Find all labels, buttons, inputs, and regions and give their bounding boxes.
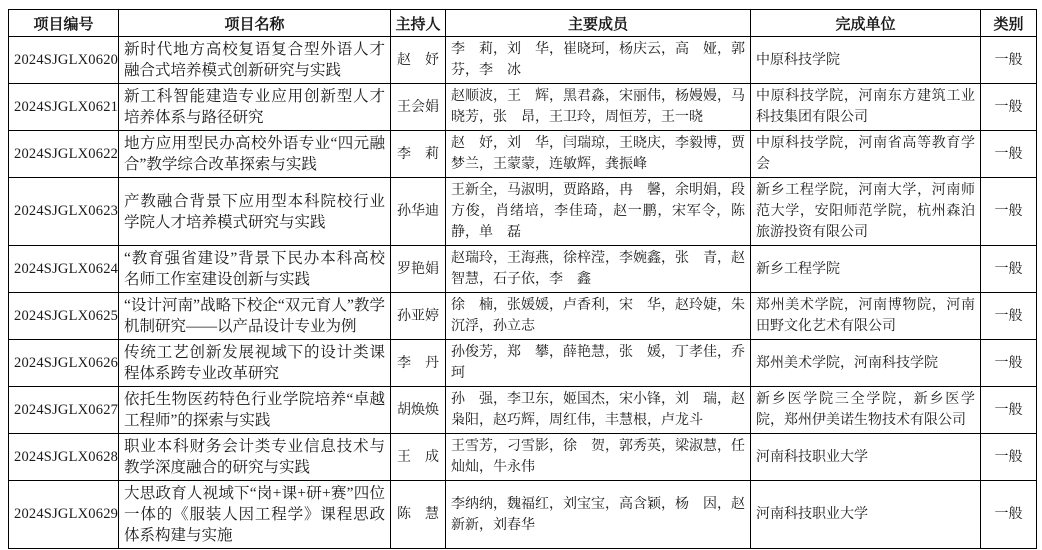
project-name-cell: “教育强省建设”背景下民办本科高校名师工作室建设创新与实践 [119,246,391,293]
leader-cell: 王会娟 [391,84,446,131]
project-id-cell: 2024SJGLX0628 [9,434,119,481]
table-body: 2024SJGLX0620 新时代地方高校复语复合型外语人才融合式培养模式创新研… [9,37,1037,549]
members-cell: 王雪芳，刁雪影，徐 贺，郭秀英，梁淑慧，任灿灿，牛永伟 [446,434,751,481]
leader-cell: 李 丹 [391,340,446,387]
header-members: 主要成员 [446,10,751,37]
members-cell: 赵瑞玲，王海燕，徐梓滢，李婉鑫，张 青，赵智慧，石子依，李 鑫 [446,246,751,293]
header-leader: 主持人 [391,10,446,37]
unit-cell: 新乡医学院三全学院，新乡医学院，郑州伊美诺生物技术有限公司 [751,387,981,434]
unit-cell: 中原科技学院，河南省高等教育学会 [751,131,981,178]
table-row: 2024SJGLX0621 新工科智能建造专业应用创新型人才培养体系与路径研究 … [9,84,1037,131]
project-id-cell: 2024SJGLX0624 [9,246,119,293]
table-row: 2024SJGLX0623 产教融合背景下应用型本科院校行业学院人才培养模式研究… [9,178,1037,246]
project-id-cell: 2024SJGLX0620 [9,37,119,84]
header-unit: 完成单位 [751,10,981,37]
project-id-cell: 2024SJGLX0626 [9,340,119,387]
project-name-cell: 地方应用型民办高校外语专业“四元融合”教学综合改革探索与实践 [119,131,391,178]
members-cell: 赵顺波，王 辉，黑君淼，宋丽伟，杨嫚嫚，马晓芳，张 昂，王卫玲，周恒芳，王一晓 [446,84,751,131]
project-name-cell: 职业本科财务会计类专业信息技术与教学深度融合的研究与实践 [119,434,391,481]
members-cell: 李纳纳，魏福红，刘宝宝，高含颖，杨 因，赵新新，刘春华 [446,481,751,549]
table-row: 2024SJGLX0628 职业本科财务会计类专业信息技术与教学深度融合的研究与… [9,434,1037,481]
project-name-cell: 新工科智能建造专业应用创新型人才培养体系与路径研究 [119,84,391,131]
project-name-cell: 新时代地方高校复语复合型外语人才融合式培养模式创新研究与实践 [119,37,391,84]
category-cell: 一般 [981,131,1037,178]
project-id-cell: 2024SJGLX0625 [9,293,119,340]
project-name-cell: 大思政育人视域下“岗+课+研+赛”四位一体的《服装人因工程学》课程思政体系构建与… [119,481,391,549]
leader-cell: 孙亚婷 [391,293,446,340]
unit-cell: 河南科技职业大学 [751,481,981,549]
table-row: 2024SJGLX0629 大思政育人视域下“岗+课+研+赛”四位一体的《服装人… [9,481,1037,549]
unit-cell: 郑州美术学院，河南博物院，河南田野文化艺术有限公司 [751,293,981,340]
project-id-cell: 2024SJGLX0621 [9,84,119,131]
header-project-id: 项目编号 [9,10,119,37]
header-project-name: 项目名称 [119,10,391,37]
unit-cell: 河南科技职业大学 [751,434,981,481]
leader-cell: 陈 慧 [391,481,446,549]
members-cell: 徐 楠，张媛媛，卢香利，宋 华，赵玲婕，朱沉浮，孙立志 [446,293,751,340]
leader-cell: 孙华迪 [391,178,446,246]
unit-cell: 中原科技学院 [751,37,981,84]
leader-cell: 赵 妤 [391,37,446,84]
category-cell: 一般 [981,293,1037,340]
table-row: 2024SJGLX0622 地方应用型民办高校外语专业“四元融合”教学综合改革探… [9,131,1037,178]
project-id-cell: 2024SJGLX0623 [9,178,119,246]
leader-cell: 李 莉 [391,131,446,178]
unit-cell: 中原科技学院，河南东方建筑工业科技集团有限公司 [751,84,981,131]
table-header: 项目编号 项目名称 主持人 主要成员 完成单位 类别 [9,10,1037,37]
leader-cell: 罗艳娟 [391,246,446,293]
header-category: 类别 [981,10,1037,37]
leader-cell: 王 成 [391,434,446,481]
unit-cell: 新乡工程学院 [751,246,981,293]
document-page: 项目编号 项目名称 主持人 主要成员 完成单位 类别 2024SJGLX0620… [0,0,1042,550]
category-cell: 一般 [981,387,1037,434]
table-row: 2024SJGLX0627 依托生物医药特色行业学院培养“卓越工程师”的探索与实… [9,387,1037,434]
category-cell: 一般 [981,84,1037,131]
category-cell: 一般 [981,37,1037,84]
project-name-cell: 传统工艺创新发展视域下的设计类课程体系跨专业改革研究 [119,340,391,387]
project-id-cell: 2024SJGLX0622 [9,131,119,178]
members-cell: 王新全，马淑明，贾路路，冉 馨，余明娟，段方俊，肖绪培，李佳琦，赵一鹏，宋军令，… [446,178,751,246]
unit-cell: 新乡工程学院，河南大学，河南师范大学，安阳师范学院，杭州森泊旅游投资有限公司 [751,178,981,246]
members-cell: 赵 妤，刘 华，闫瑞琼，王晓庆，李毅博，贾梦兰，王蒙蒙，连敏辉，龚振峰 [446,131,751,178]
category-cell: 一般 [981,178,1037,246]
category-cell: 一般 [981,481,1037,549]
table-row: 2024SJGLX0626 传统工艺创新发展视域下的设计类课程体系跨专业改革研究… [9,340,1037,387]
members-cell: 孙 强，李卫东，姬国杰，宋小锋，刘 瑞，赵枭阳，赵巧辉，周红伟，丰慧根，卢龙斗 [446,387,751,434]
leader-cell: 胡焕焕 [391,387,446,434]
unit-cell: 郑州美术学院，河南科技学院 [751,340,981,387]
table-row: 2024SJGLX0624 “教育强省建设”背景下民办本科高校名师工作室建设创新… [9,246,1037,293]
project-id-cell: 2024SJGLX0629 [9,481,119,549]
header-row: 项目编号 项目名称 主持人 主要成员 完成单位 类别 [9,10,1037,37]
members-cell: 孙俊芳，郑 攀，薛艳慧，张 媛，丁孝佳，乔 珂 [446,340,751,387]
table-row: 2024SJGLX0625 “设计河南”战略下校企“双元育人”教学机制研究——以… [9,293,1037,340]
category-cell: 一般 [981,246,1037,293]
members-cell: 李 莉，刘 华，崔晓珂，杨庆云，高 娅，郭 芬，李 冰 [446,37,751,84]
project-name-cell: 产教融合背景下应用型本科院校行业学院人才培养模式研究与实践 [119,178,391,246]
project-id-cell: 2024SJGLX0627 [9,387,119,434]
category-cell: 一般 [981,434,1037,481]
category-cell: 一般 [981,340,1037,387]
table-row: 2024SJGLX0620 新时代地方高校复语复合型外语人才融合式培养模式创新研… [9,37,1037,84]
project-name-cell: “设计河南”战略下校企“双元育人”教学机制研究——以产品设计专业为例 [119,293,391,340]
project-name-cell: 依托生物医药特色行业学院培养“卓越工程师”的探索与实践 [119,387,391,434]
projects-table: 项目编号 项目名称 主持人 主要成员 完成单位 类别 2024SJGLX0620… [8,9,1037,549]
